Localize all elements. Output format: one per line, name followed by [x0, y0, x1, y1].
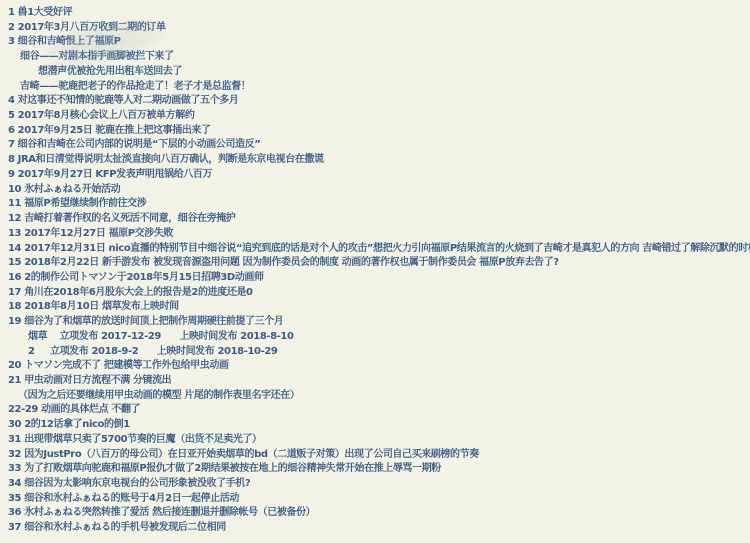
text-line: 11 福原P希望继续制作前往交涉 [8, 197, 750, 212]
text-line: 吉崎——驼鹿把老子的作品抢走了！老子才是总监督！ [8, 80, 750, 95]
text-line: 烟草 立项发布 2017-12-29 上映时间发布 2018-8-10 [8, 330, 750, 345]
text-line: 6 2017年9月25日 驼鹿在推上把这事捅出来了 [8, 124, 750, 139]
text-line: 9 2017年9月27日 KFP发表声明甩锅给八百万 [8, 168, 750, 183]
text-line: 2 立项发布 2018-9-2 上映时间发布 2018-10-29 [8, 345, 750, 360]
text-line: 5 2017年8月核心会议上八百万被单方解约 [8, 109, 750, 124]
text-line: 8 JRA和日清觉得说明太扯淡直接向八百万确认，判断是东京电视台在撒谎 [8, 153, 750, 168]
text-line: 20 トマソン完成不了 把建模等工作外包给甲虫动画 [8, 359, 750, 374]
text-line: 4 对这事还不知情的驼鹿等人对二期动画做了五个多月 [8, 94, 750, 109]
text-line: 33 为了打败烟草向驼鹿和福原P报仇才做了2期结果被按在地上的细谷精神失常开始在… [8, 462, 750, 477]
page: { "page": { "background_color": "#f2f3e6… [0, 0, 750, 543]
text-line: 32 因为JustPro（八百万的母公司）在日亚开始卖烟草的bd（二道贩子对策）… [8, 448, 750, 463]
text-line: 细谷——对剧本指手画脚被拦下来了 [8, 50, 750, 65]
text-line: 34 细谷因为太影响东京电视台的公司形象被没收了手机? [8, 477, 750, 492]
text-line: 17 角川在2018年6月股东大会上的报告是2的进度还是0 [8, 286, 750, 301]
text-line: 18 2018年8月10日 烟草发布上映时间 [8, 300, 750, 315]
text-line: 22-29 动画的具体烂点 不翻了 [8, 403, 750, 418]
text-line: （因为之后还要继续用甲虫动画的模型 片尾的制作表里名字还在） [8, 389, 750, 404]
text-line: 10 氷村ふぁねる开始活动 [8, 183, 750, 198]
text-line: 14 2017年12月31日 nico直播的特别节目中细谷说“追究到底的话是对个… [8, 242, 750, 257]
text-line: 12 吉崎打着著作权的名义死活不同意，细谷在旁掩护 [8, 212, 750, 227]
text-line: 36 氷村ふぁねる突然转推了爱活 然后接连删退并删除帐号（已被备份） [8, 506, 750, 521]
text-line: 19 细谷为了和烟草的放送时间顶上把制作周期硬往前提了三个月 [8, 315, 750, 330]
text-line: 2 2017年3月八百万收到二期的订单 [8, 21, 750, 36]
text-line: 30 2的12话拿了nico的倒1 [8, 418, 750, 433]
timeline-list: 1 兽1大受好评2 2017年3月八百万收到二期的订单3 细谷和吉崎恨上了福原P… [8, 6, 750, 536]
text-line: 37 细谷和氷村ふぁねる的手机号被发现后二位相同 [8, 521, 750, 536]
text-line: 3 细谷和吉崎恨上了福原P [8, 35, 750, 50]
text-line: 35 细谷和氷村ふぁねる的账号于4月2日一起停止活动 [8, 492, 750, 507]
text-line: 13 2017年12月27日 福原P交涉失败 [8, 227, 750, 242]
text-line: 16 2的制作公司トマソン于2018年5月15日招聘3D动画师 [8, 271, 750, 286]
text-line: 想潜声优被抢先用出租车送回去了 [8, 65, 750, 80]
text-line: 1 兽1大受好评 [8, 6, 750, 21]
text-line: 31 出现带烟草只卖了5700节奏的巨魔（出货不足卖光了） [8, 433, 750, 448]
text-line: 15 2018年2月22日 新手游发布 被发现音源盗用问题 因为制作委员会的制度… [8, 256, 750, 271]
text-line: 21 甲虫动画对日方流程不满 分镜流出 [8, 374, 750, 389]
text-line: 7 细谷和吉崎在公司内部的说明是“下层的小动画公司造反” [8, 138, 750, 153]
